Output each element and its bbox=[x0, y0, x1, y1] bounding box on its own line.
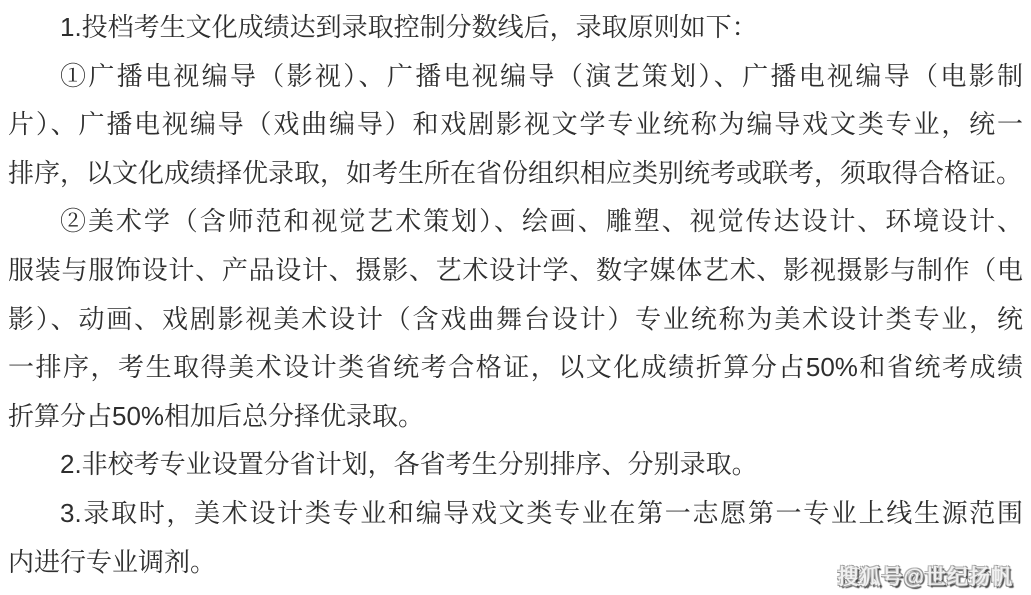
sohu-watermark: 搜狐号@世纪扬帆 bbox=[838, 561, 1013, 591]
paragraph-1-line-1: 1.投档考生文化成绩达到录取控制分数线后，录取原则如下： bbox=[8, 3, 1023, 52]
paragraph-2-line-2: 片）、广播电视编导（戏曲编导）和戏剧影视文学专业统称为编导戏文类专业，统一 bbox=[8, 100, 1023, 149]
paragraph-3-line-2: 服装与服饰设计、产品设计、摄影、艺术设计学、数字媒体艺术、影视摄影与制作（电 bbox=[8, 246, 1023, 295]
paragraph-2-line-1: ①广播电视编导（影视）、广播电视编导（演艺策划）、广播电视编导（电影制 bbox=[8, 52, 1023, 101]
paragraph-4-line-1: 2.非校考专业设置分省计划，各省考生分别排序、分别录取。 bbox=[8, 440, 1023, 489]
paragraph-3-line-4: 一排序，考生取得美术设计类省统考合格证，以文化成绩折算分占50%和省统考成绩 bbox=[8, 343, 1023, 392]
document-body: 1.投档考生文化成绩达到录取控制分数线后，录取原则如下： ①广播电视编导（影视）… bbox=[8, 3, 1023, 586]
document-page: { "page": { "background": "#ffffff", "te… bbox=[0, 0, 1031, 595]
paragraph-3-line-5: 折算分占50%相加后总分择优录取。 bbox=[8, 392, 1023, 441]
paragraph-3-line-3: 影）、动画、戏剧影视美术设计（含戏曲舞台设计）专业统称为美术设计类专业，统 bbox=[8, 295, 1023, 344]
paragraph-3-line-1: ②美术学（含师范和视觉艺术策划）、绘画、雕塑、视觉传达设计、环境设计、 bbox=[8, 197, 1023, 246]
paragraph-2-line-3: 排序，以文化成绩择优录取，如考生所在省份组织相应类别统考或联考，须取得合格证。 bbox=[8, 149, 1023, 198]
paragraph-5-line-1: 3.录取时，美术设计类专业和编导戏文类专业在第一志愿第一专业上线生源范围 bbox=[8, 489, 1023, 538]
